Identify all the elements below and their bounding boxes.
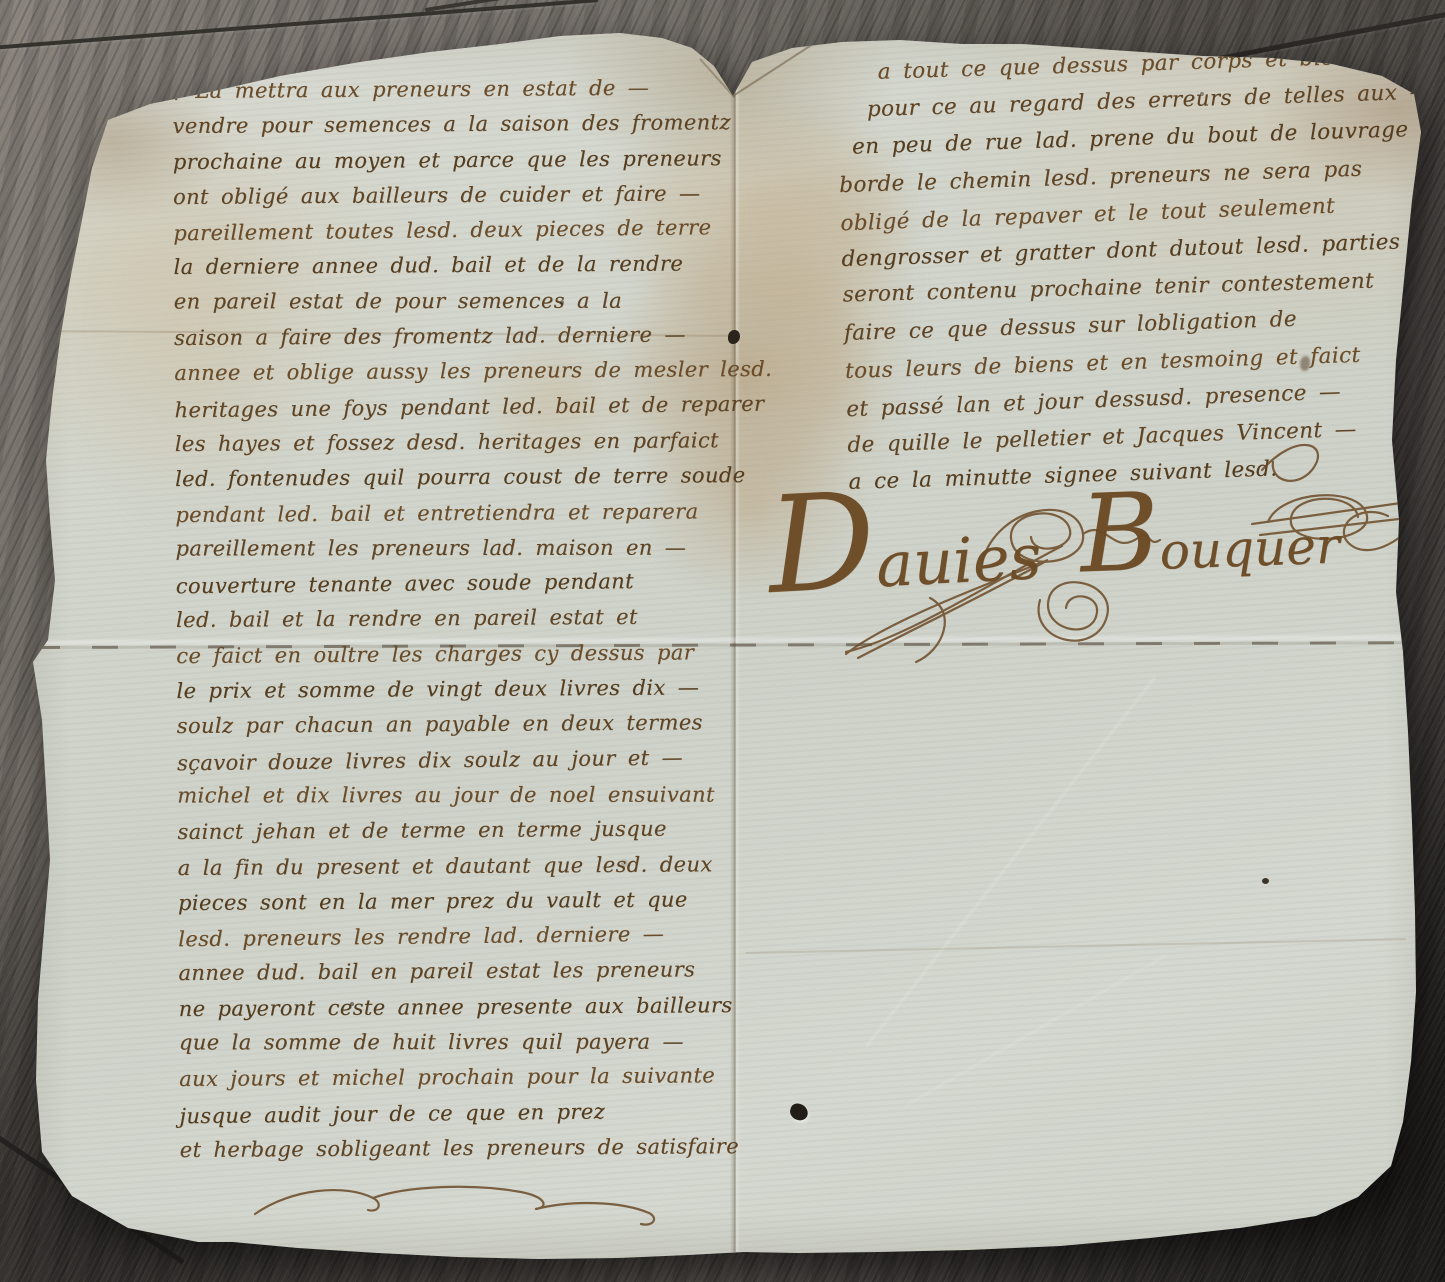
- faint-crease: [865, 676, 1156, 1048]
- manuscript-line: et herbage sobligeant les preneurs de sa…: [180, 1129, 760, 1168]
- manuscript-line: heritages une foys pendant led. bail et …: [174, 386, 754, 428]
- manuscript-line: annee dud. bail en pareil estat les pren…: [178, 952, 758, 991]
- manuscript-line: les hayes et fossez desd. heritages en p…: [175, 423, 755, 462]
- signature-bouquer: Bouquer: [1078, 464, 1341, 598]
- manuscript-line: aux jours et michel prochain pour la sui…: [179, 1058, 759, 1097]
- manuscript-line: soulz par chacun an payable en deux term…: [177, 705, 757, 744]
- ink-speck: [560, 300, 564, 305]
- ink-speck: [1200, 92, 1204, 96]
- worm-hole: [788, 1102, 810, 1123]
- signature-dauies: Dauies: [764, 455, 1044, 624]
- manuscript-line: † La mettra aux preneurs en estat de —: [172, 70, 752, 109]
- manuscript-line: sçavoir douze livres dix soulz au jour e…: [177, 739, 757, 781]
- manuscript-line: michel et dix livres au jour de noel ens…: [177, 777, 757, 813]
- manuscript-line: led. fontenudes quil pourra coust de ter…: [175, 458, 755, 497]
- manuscript-sheet-shadow: † La mettra aux preneurs en estat de —ve…: [0, 0, 1445, 1282]
- manuscript-line: sainct jehan et de terme en terme jusque: [177, 811, 757, 850]
- manuscript-line: annee et oblige aussy les preneurs de me…: [174, 352, 754, 391]
- manuscript-line: en pareil estat de pour semences a la: [174, 283, 754, 319]
- manuscript-line: ne payeront ceste annee presente aux bai…: [179, 988, 759, 1027]
- photo-scene: † La mettra aux preneurs en estat de —ve…: [0, 0, 1445, 1282]
- manuscript-line: ont obligé aux bailleurs de cuider et fa…: [173, 176, 753, 215]
- manuscript-line: jusque audit jour de ce que en prez: [179, 1092, 759, 1134]
- manuscript-line: pieces sont en la mer prez du vault et q…: [178, 882, 758, 921]
- manuscript-line: pareillement toutes lesd. deux pieces de…: [173, 210, 753, 252]
- manuscript-line: led. bail et la rendre en pareil estat e…: [176, 599, 756, 638]
- manuscript-line: pendant led. bail et entretiendra et rep…: [175, 494, 755, 533]
- manuscript-line: lesd. preneurs les rendre lad. derniere …: [178, 916, 758, 958]
- faint-crease: [905, 955, 1166, 1107]
- faint-crease: [746, 938, 1406, 954]
- manuscript-line: vendre pour semences a la saison des fro…: [172, 105, 752, 144]
- manuscript-line: le prix et somme de vingt deux livres di…: [176, 670, 756, 709]
- manuscript-line: saison a faire des fromentz lad. dernier…: [174, 317, 754, 356]
- manuscript-sheet: † La mettra aux preneurs en estat de —ve…: [0, 0, 1445, 1282]
- manuscript-line: a la fin du present et dautant que lesd.…: [178, 847, 758, 886]
- ink-speck: [350, 1002, 354, 1006]
- ink-speck: [1262, 878, 1269, 884]
- manuscript-line: ce faict en oultre les charges cy dessus…: [176, 635, 756, 674]
- manuscript-line: prochaine au moyen et parce que les pren…: [173, 141, 753, 180]
- manuscript-line: que la somme de huit livres quil payera …: [179, 1024, 759, 1060]
- manuscript-line: couverture tenante avec soude pendant: [176, 563, 756, 605]
- manuscript-line: la derniere annee dud. bail et de la ren…: [173, 246, 753, 285]
- left-page-text: † La mettra aux preneurs en estat de —ve…: [172, 70, 760, 1168]
- right-page-text: a tout ce que dessus par corps et biens …: [835, 37, 1424, 501]
- manuscript-line: pareillement les preneurs lad. maison en…: [175, 530, 755, 566]
